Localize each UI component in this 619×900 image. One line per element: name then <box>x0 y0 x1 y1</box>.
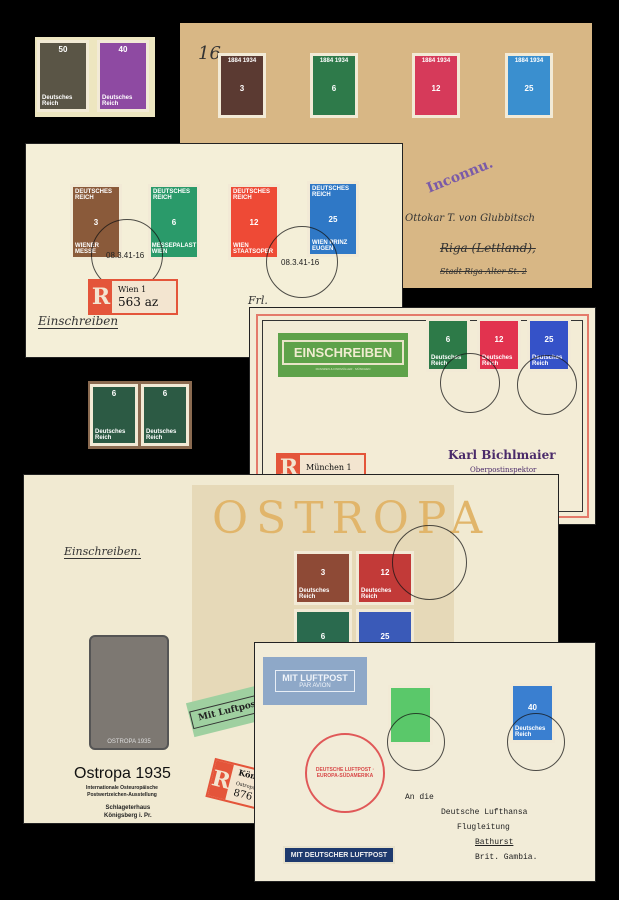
postmark-date-1: 08.3.41-16 <box>106 251 144 260</box>
address-line-2: Riga (Lettland), <box>440 241 536 255</box>
postmark-date-2: 08.3.41-16 <box>281 258 319 267</box>
registration-label: R Wien 1563 az <box>88 279 178 315</box>
stamp-6: 1884 19346 <box>310 53 358 118</box>
handwritten-einschreiben: Einschreiben <box>38 314 118 329</box>
addressee-name: Karl Bichlmaier <box>448 448 556 462</box>
stamp-6a: 6 Deutsches Reich <box>90 384 138 446</box>
postmark-muc-2 <box>517 355 577 415</box>
einschreiben-label: EINSCHREIBEN FRANZEN & FINKMÜLLER · MÜNC… <box>278 333 408 377</box>
mit-luftpost-par-avion-label: MIT LUFTPOST PAR AVION <box>263 657 367 705</box>
stamp-6b: 6 Deutsches Reich <box>141 384 189 446</box>
ostropa-title: Ostropa 1935 <box>74 765 171 783</box>
handwritten-frl: Frl. <box>248 294 268 307</box>
addressee-title: Oberpostinspektor <box>470 466 536 474</box>
stamp-25: 1884 193425 <box>505 53 553 118</box>
stamp-pair-top: 50 Deutsches Reich 40 Deutsches Reich <box>35 37 155 117</box>
stamp-3: 1884 19343 <box>218 53 266 118</box>
address-line-1: Ottokar T. von Glubbitsch <box>405 213 535 224</box>
postmark-koenigsberg <box>392 525 467 600</box>
address-line-3: Stadt Riga Alter St. 2 <box>440 267 527 276</box>
postmark-wuertt-2 <box>507 713 565 771</box>
stamp-12: 1884 193412 <box>412 53 460 118</box>
handwritten-einschreiben-2: Einschreiben. <box>64 545 141 559</box>
ostropa-venue: Schlageterhaus Königsberg i. Pr. <box>104 805 152 821</box>
postmark-wuertt-1 <box>387 713 445 771</box>
stamp-50: 50 Deutsches Reich <box>37 40 89 112</box>
luftpost-cover: MIT LUFTPOST PAR AVION 40Deutsches Reich… <box>254 642 596 882</box>
ostropa-subtitle: Internationale Osteuropäische Postwertze… <box>86 785 158 798</box>
ostropa-emblem: OSTROPA 1935 <box>89 635 169 750</box>
postmark-muc-1 <box>440 353 500 413</box>
stamp-40: 40 Deutsches Reich <box>97 40 149 112</box>
mit-deutscher-luftpost-label: MIT DEUTSCHER LUFTPOST <box>283 846 395 864</box>
inconnu-cachet: Inconnu. <box>425 155 496 196</box>
luftpost-address: An die Deutsche Lufthansa Flugleitung Ba… <box>405 790 537 865</box>
suedamerika-cachet: DEUTSCHE LUFTPOST · EUROPA-SÜDAMERIKA <box>305 733 385 813</box>
stamp-pair-green: 6 Deutsches Reich 6 Deutsches Reich <box>88 381 192 449</box>
stamp-3: 3Deutsches Reich <box>294 551 352 605</box>
